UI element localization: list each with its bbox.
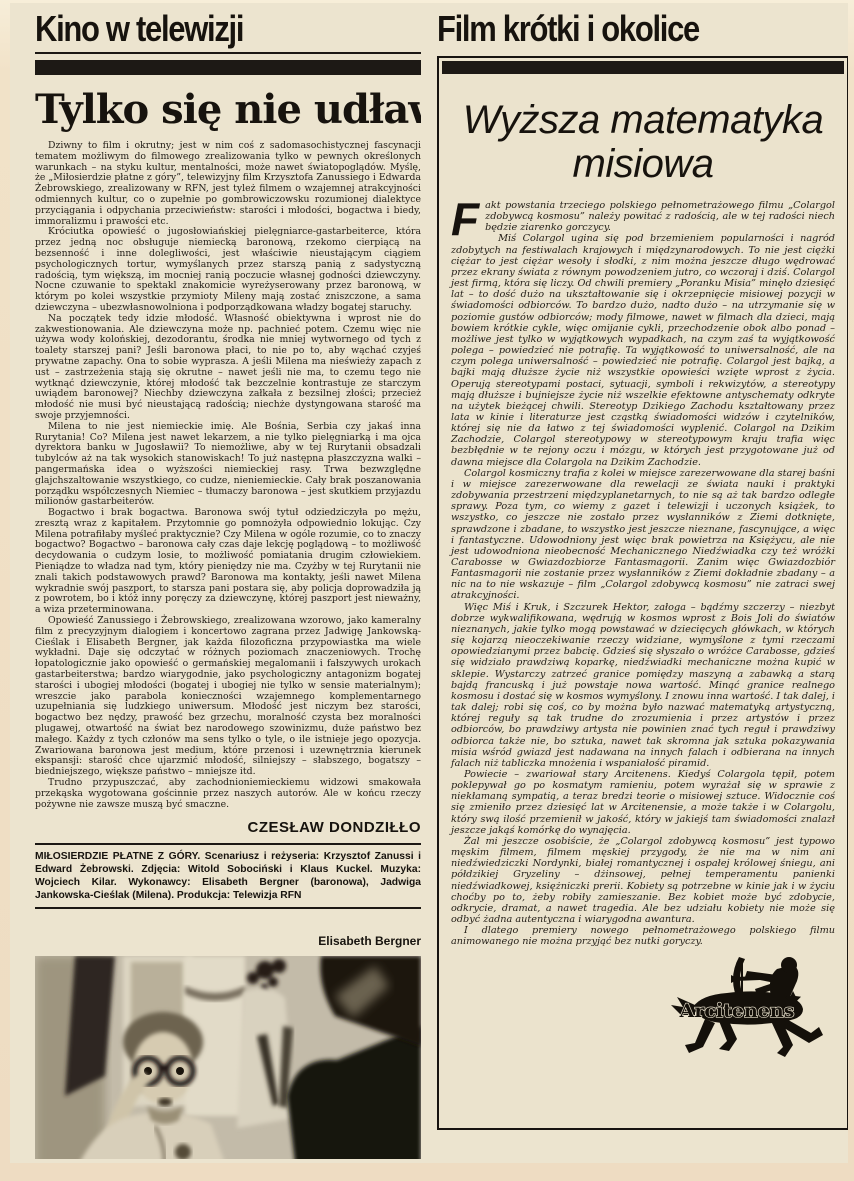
paragraph: Trudno przypuszczać, aby zachodnioniemie… bbox=[35, 778, 421, 810]
paragraph: Żal mi jeszcze osobiście, że „Colargol z… bbox=[451, 836, 835, 925]
paragraph: Opowieść Zanussiego i Żebrowskiego, zrea… bbox=[35, 616, 421, 778]
section-header-right: Film krótki i okolice bbox=[437, 9, 791, 49]
article-title-left: Tylko się nie udław bbox=[35, 88, 421, 132]
paragraph: Colargol kosmiczny trafia z kolei w miej… bbox=[451, 468, 835, 602]
divider bbox=[35, 52, 421, 54]
magazine-page: Kino w telewizji Tylko się nie udław Dzi… bbox=[10, 3, 848, 1163]
paragraph: Więc Miś i Kruk, i Szczurek Hektor, zało… bbox=[451, 602, 835, 769]
paragraph: Króciutka opowieść o jugosłowiańskiej pi… bbox=[35, 227, 421, 313]
byline: CZESŁAW DONDZIŁŁO bbox=[35, 819, 421, 836]
section-header-left: Kino w telewizji bbox=[35, 9, 367, 49]
paragraph: Bogactwo i brak bogactwa. Baronowa swój … bbox=[35, 508, 421, 616]
photo-caption: Elisabeth Bergner bbox=[35, 934, 421, 948]
paragraph: Powiecie – zwariował stary Arcitenens. K… bbox=[451, 769, 835, 836]
article-body-right: Fakt powstania trzeciego polskiego pełno… bbox=[451, 200, 835, 947]
paragraph: Milena to nie jest niemieckie imię. Ale … bbox=[35, 422, 421, 508]
paragraph: Miś Colargol ugina się pod brzemieniem p… bbox=[451, 233, 835, 467]
left-column: Kino w telewizji Tylko się nie udław Dzi… bbox=[35, 9, 421, 1159]
article-body-left: Dziwny to film i okrutny; jest w nim coś… bbox=[35, 141, 421, 810]
paragraph: Na początek tedy idzie młodość. Własność… bbox=[35, 314, 421, 422]
paragraph: Fakt powstania trzeciego polskiego pełno… bbox=[451, 200, 835, 233]
divider bbox=[35, 907, 421, 909]
article-title-right: Wyższa matematyka misiowa bbox=[451, 98, 835, 186]
paragraph: Dziwny to film i okrutny; jest w nim coś… bbox=[35, 141, 421, 227]
arcitenens-logo-text: Arcitenens bbox=[679, 1000, 795, 1022]
paragraph: I dlatego premiery nowego pełnometrażowe… bbox=[451, 925, 835, 947]
film-still-photo bbox=[35, 956, 421, 1159]
film-credits: MIŁOSIERDZIE PŁATNE Z GÓRY. Scenariusz i… bbox=[35, 850, 421, 902]
arcitenens-logo: Arcitenens bbox=[643, 955, 833, 1063]
article-box: Wyższa matematyka misiowa Fakt powstania… bbox=[437, 56, 848, 1130]
black-bar bbox=[35, 60, 421, 75]
black-bar bbox=[442, 61, 844, 74]
divider bbox=[35, 843, 421, 845]
drop-cap: F bbox=[451, 200, 485, 236]
right-column: Film krótki i okolice Wyższa matematyka … bbox=[437, 9, 848, 1159]
